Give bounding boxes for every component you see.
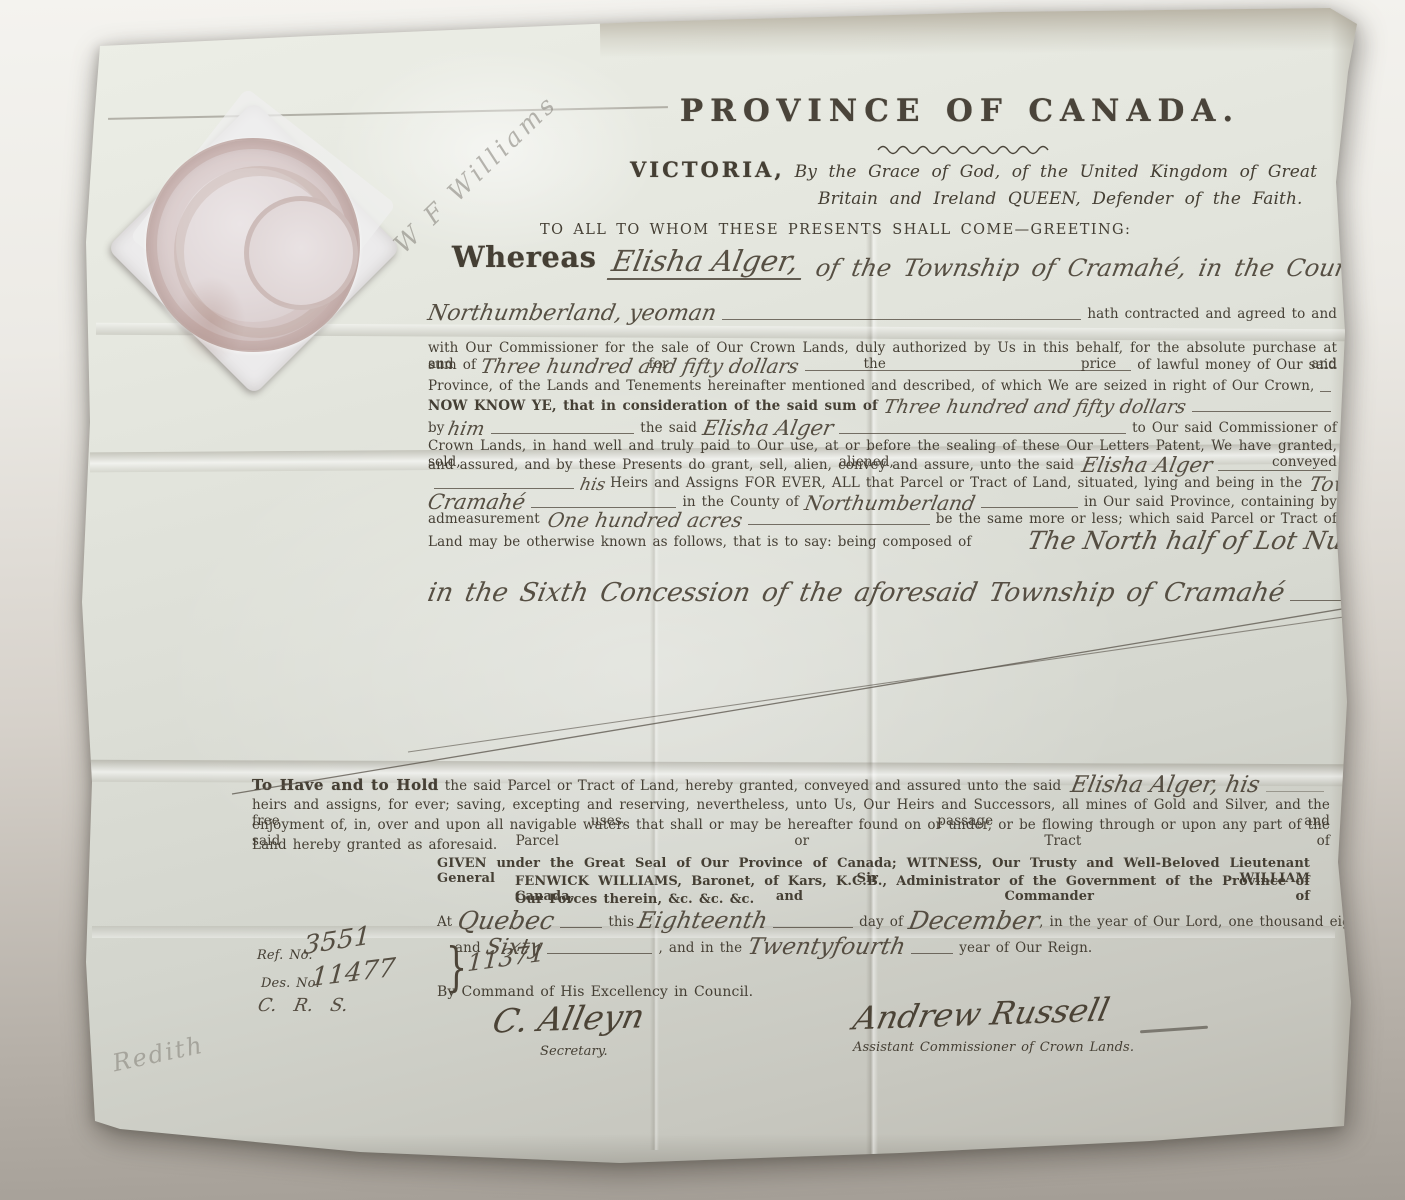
parchment-paper: PROVINCE OF CANADA. VICTORIA, By the Gra… bbox=[0, 0, 1405, 1200]
stray-pen-lines bbox=[0, 0, 1405, 1200]
photograph-background: PROVINCE OF CANADA. VICTORIA, By the Gra… bbox=[0, 0, 1405, 1200]
document: PROVINCE OF CANADA. VICTORIA, By the Gra… bbox=[0, 0, 1405, 1200]
